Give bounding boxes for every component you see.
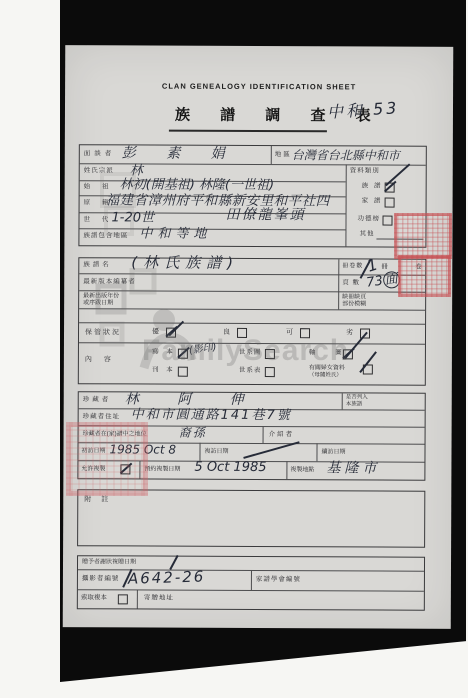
page-count-number: 73 bbox=[365, 274, 383, 291]
listed-in-genealogy-label-line1: 是否列入 bbox=[346, 395, 368, 401]
red-seal-stamp-upper bbox=[394, 213, 452, 259]
red-seal-stamp-left bbox=[66, 422, 148, 496]
notes-label: 附 註 bbox=[84, 496, 112, 503]
keeper-address-value: 中和市圓通路141巷7號 bbox=[131, 408, 292, 422]
red-seal-stamp-lower bbox=[398, 255, 451, 297]
copy-request-label: 索取複本 bbox=[81, 595, 107, 602]
founder-value: 林初(開基祖) 林隆(一世祖) bbox=[120, 178, 274, 192]
sheet-title-en: CLAN GENEALOGY IDENTIFICATION SHEET bbox=[65, 81, 453, 92]
grid-line bbox=[342, 393, 343, 409]
category-header: 資料類別 bbox=[350, 168, 380, 175]
copy-date-value: 5 Oct 1985 bbox=[194, 461, 266, 474]
grid-line bbox=[316, 443, 317, 461]
page-count-label: 頁 數 bbox=[342, 280, 360, 287]
grid-line bbox=[137, 589, 138, 608]
lineage-table-label: 世系表 bbox=[239, 368, 262, 375]
notes-box: 附 註 bbox=[77, 489, 425, 548]
women-data-note: （母隨姓氏） bbox=[309, 373, 342, 379]
copy-place-label: 複製地點 bbox=[290, 467, 314, 473]
copy-place-value: 基隆市 bbox=[326, 461, 380, 475]
photographer-number-value: A642-26 bbox=[128, 569, 206, 586]
grid-line bbox=[271, 146, 272, 164]
keeper-label: 珍藏者 bbox=[83, 397, 112, 404]
photographer-number-label: 攝影者編號 bbox=[82, 576, 120, 583]
grid-line bbox=[251, 570, 252, 590]
handwritten-reference-number: 中和 53 bbox=[327, 100, 400, 121]
handwritten-checkmark bbox=[385, 163, 410, 185]
category-merit-board-checkbox bbox=[382, 216, 392, 226]
lineage-table-checkbox bbox=[265, 367, 275, 377]
volume-unit: 冊 bbox=[381, 265, 388, 272]
coverage-value: 中和等地 bbox=[139, 227, 211, 240]
category-other-label: 其他 bbox=[359, 231, 374, 238]
keeper-position-value: 裔孫 bbox=[179, 427, 207, 439]
category-genealogy-label: 族 譜 bbox=[362, 183, 383, 190]
grid-line bbox=[345, 164, 346, 246]
category-family-register-checkbox bbox=[385, 198, 395, 208]
category-merit-board-label: 功德榜 bbox=[357, 216, 380, 223]
grid-line bbox=[263, 426, 264, 443]
scanned-genealogy-form: CLAN GENEALOGY IDENTIFICATION SHEET 族 譜 … bbox=[0, 0, 468, 698]
keeper-value: 林 阿 伸 bbox=[125, 392, 261, 407]
area-value: 台灣省台北縣中和市 bbox=[292, 149, 400, 161]
copy-date-label: 預約複製日期 bbox=[144, 467, 180, 473]
missing-label-line2: 部份模糊 bbox=[342, 301, 366, 307]
revisit-label: 複訪日期 bbox=[204, 449, 228, 455]
grid-line bbox=[338, 259, 339, 309]
volume-count-label: 冊卷數 bbox=[342, 263, 363, 269]
grid-line bbox=[286, 461, 287, 479]
watermark-square bbox=[104, 206, 134, 236]
grid-line bbox=[199, 443, 200, 461]
surveyor-value: 彭 素 娟 bbox=[122, 146, 238, 161]
mailing-address-label: 寄贈地址 bbox=[144, 596, 174, 603]
missing-label-line1: 缺冊缺頁 bbox=[342, 294, 366, 300]
introducer-label: 介紹者 bbox=[269, 432, 295, 439]
page-count-value: 73面 bbox=[366, 272, 401, 289]
listed-in-genealogy-label-line2: 本族譜 bbox=[346, 402, 363, 408]
surveyor-label: 面談者 bbox=[84, 151, 116, 158]
watermark-square bbox=[100, 172, 136, 208]
donor-thanks-date-label: 贈予者謝狀複贈日期 bbox=[82, 559, 136, 566]
keeper-address-label: 珍藏者住址 bbox=[83, 414, 121, 421]
familysearch-watermark-text: FamilySearch bbox=[142, 334, 349, 368]
copy-request-checkbox bbox=[118, 594, 128, 604]
area-label: 地區 bbox=[275, 152, 292, 159]
origin-value-continued: 田僚龍峯頭 bbox=[226, 208, 306, 222]
society-number-label: 家譜學會編號 bbox=[256, 577, 301, 584]
followup-visit-label: 續訪日期 bbox=[321, 449, 345, 455]
category-family-register-label: 家 譜 bbox=[362, 198, 383, 205]
form-title-zh: 族 譜 調 查 表 bbox=[169, 104, 327, 133]
processing-info-table: 贈予者謝狀複贈日期 攝影者編號 A642-26 家譜學會編號 索取複本 寄贈地址 bbox=[77, 555, 425, 611]
